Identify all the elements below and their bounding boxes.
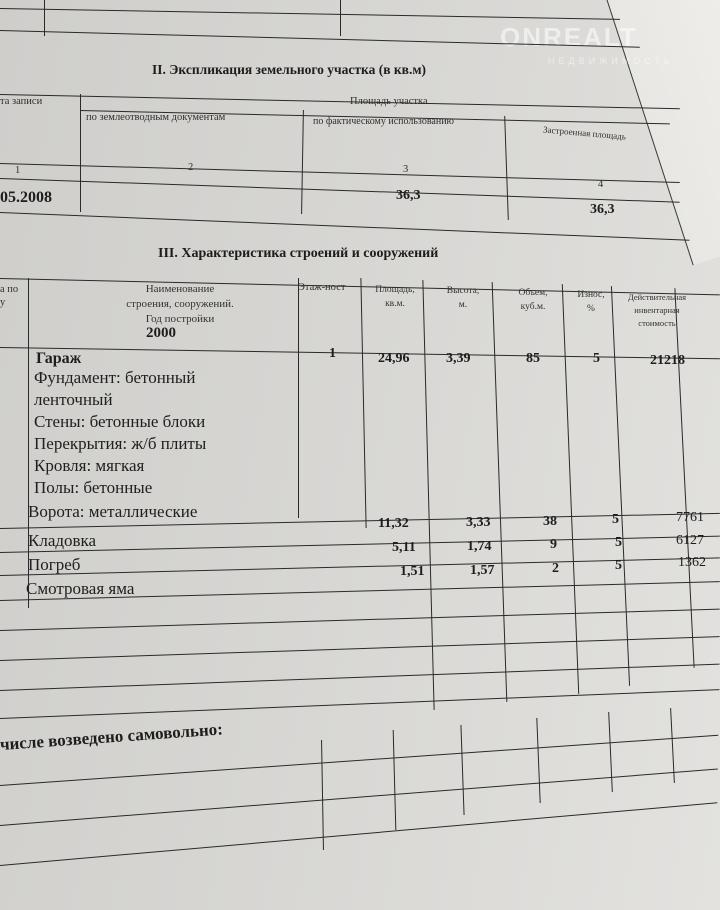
main-floors: 1 <box>329 346 336 362</box>
detail-walls: Стены: бетонные блоки <box>34 411 206 433</box>
section3-title: III. Характеристика строений и сооружени… <box>158 246 438 262</box>
volume-header-line1: Объем, <box>500 286 566 300</box>
row-storage-name: Кладовка <box>28 530 96 552</box>
row-storage-wear: 5 <box>615 535 622 551</box>
col-number-2: 2 <box>188 162 193 173</box>
value-header-line1: Действительная <box>622 291 692 304</box>
area-header-line1: Площадь, <box>364 283 426 297</box>
value-header: Действительная инвентарная стоимость <box>622 291 692 330</box>
first-col-header-1: а по <box>0 283 18 297</box>
name-header-line1: Наименование <box>90 282 270 297</box>
main-wear: 5 <box>593 351 600 367</box>
row-gate-value: 7761 <box>676 510 704 526</box>
wear-header-line1: Износ, <box>568 288 614 302</box>
detail-roof: Кровля: мягкая <box>34 455 206 477</box>
area-by-use-value: 36,3 <box>396 188 421 204</box>
row-cellar-volume: 2 <box>552 561 559 577</box>
area-header-line2: кв.м. <box>364 297 426 311</box>
row-cellar-height: 1,57 <box>470 563 495 579</box>
built-area-value: 36,3 <box>590 202 615 218</box>
row-storage-height: 1,74 <box>467 539 492 555</box>
wear-header-line2: % <box>568 302 614 316</box>
detail-ceilings: Перекрытия: ж/б плиты <box>34 433 206 455</box>
area-header: Площадь, кв.м. <box>364 283 426 311</box>
height-header-line1: Высота, <box>430 284 496 298</box>
build-year: 2000 <box>146 325 176 342</box>
row-pit-name: Смотровая яма <box>26 578 134 600</box>
row-storage-area: 5,11 <box>392 540 416 556</box>
height-header-line2: м. <box>430 298 496 312</box>
main-value: 21218 <box>650 353 685 369</box>
record-date: 05.2008 <box>0 189 52 207</box>
main-height: 3,39 <box>446 351 471 367</box>
building-details: Фундамент: бетонный ленточный Стены: бет… <box>34 367 206 499</box>
document-page: ONREALT НЕДВИЖИМОСТЬ II. Экспликация зем… <box>0 0 720 910</box>
row-storage-volume: 9 <box>550 537 557 553</box>
wear-header: Износ, % <box>568 288 614 316</box>
name-header-line3: Год постройки <box>90 312 270 327</box>
row-cellar-area: 1,51 <box>400 564 425 580</box>
detail-foundation: Фундамент: бетонный <box>34 367 206 389</box>
watermark-logo: ONREALT <box>500 22 638 53</box>
volume-header: Объем, куб.м. <box>500 286 566 314</box>
row-gate-volume: 38 <box>543 514 557 530</box>
area-group-header: Площадь участка <box>350 96 428 107</box>
main-area: 24,96 <box>378 351 410 367</box>
row-gate-height: 3,33 <box>466 515 491 531</box>
col-built-header: Застроенная площадь <box>543 124 627 141</box>
value-header-line2: инвентарная <box>622 304 692 317</box>
name-header: Наименование строения, сооружений. Год п… <box>90 282 270 327</box>
section4-title: числе возведено самовольно: <box>0 719 224 755</box>
row-gate-wear: 5 <box>612 512 619 528</box>
main-volume: 85 <box>526 351 540 367</box>
col-by-use-header: по фактическому использованию <box>313 116 454 127</box>
value-header-line3: стоимость <box>622 317 692 330</box>
row-cellar-value: 1362 <box>678 555 706 571</box>
height-header: Высота, м. <box>430 284 496 312</box>
col-number-4: 4 <box>598 179 603 190</box>
volume-header-line2: куб.м. <box>500 300 566 314</box>
section2-title: II. Экспликация земельного участка (в кв… <box>152 62 426 78</box>
col-date-header: та записи <box>0 96 42 107</box>
col-number-3: 3 <box>403 164 408 175</box>
watermark-subtitle: НЕДВИЖИМОСТЬ <box>548 56 674 66</box>
floors-header: Этаж-ност <box>298 282 345 293</box>
col-number-1: 1 <box>15 165 20 176</box>
row-cellar-name: Погреб <box>28 554 80 576</box>
row-storage-value: 6127 <box>676 533 704 549</box>
detail-foundation-type: ленточный <box>34 389 206 411</box>
row-cellar-wear: 5 <box>615 558 622 574</box>
row-gate-area: 11,32 <box>378 516 409 532</box>
col-by-docs-header: по землеотводным документам <box>86 112 225 123</box>
detail-floors: Полы: бетонные <box>34 477 206 499</box>
name-header-line2: строения, сооружений. <box>90 297 270 312</box>
first-col-header-2: у <box>0 297 5 308</box>
building-name: Гараж <box>36 350 81 368</box>
row-gate-name: Ворота: металлические <box>28 501 197 523</box>
